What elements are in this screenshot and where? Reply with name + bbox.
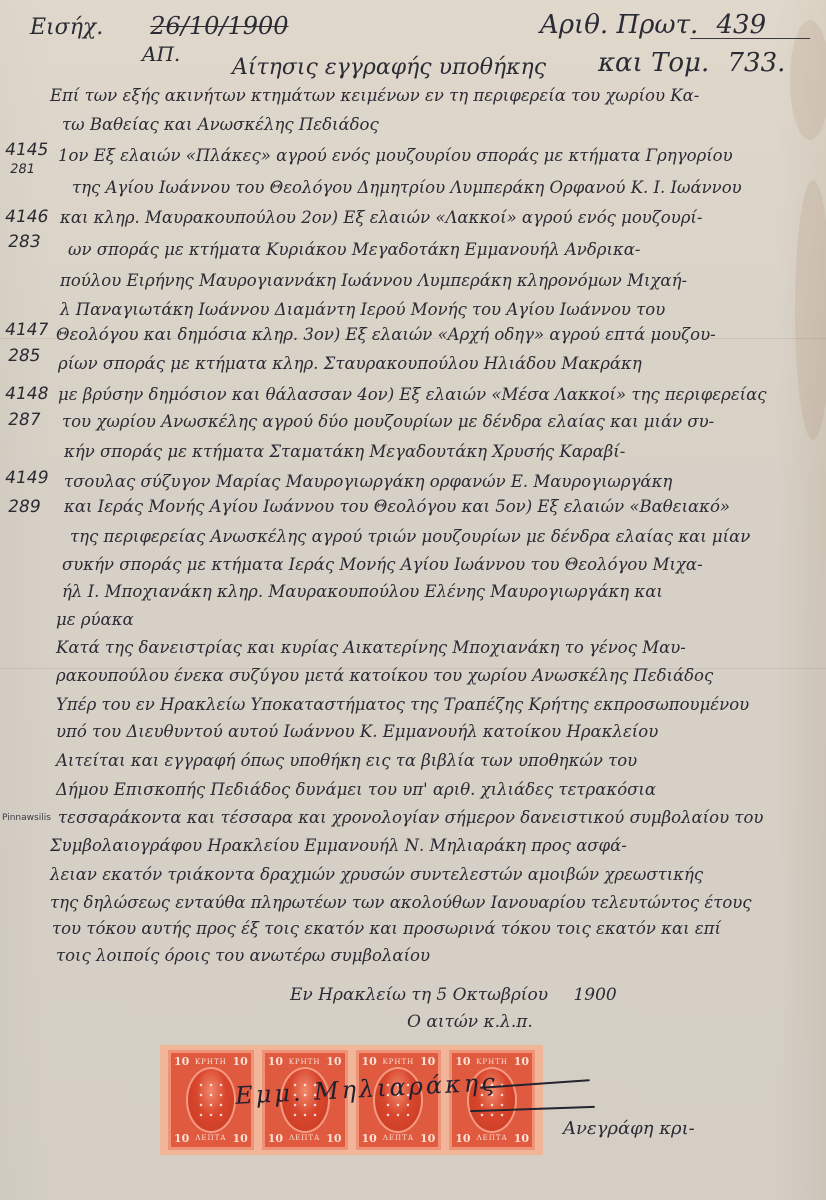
body-line: και Ιεράς Μονής Αγίου Ιωάννου του Θεολόγ… [64,497,730,516]
body-line: του τόκου αυτής προς έξ τοις εκατόν και … [52,919,721,938]
paper-stain [795,180,826,440]
registry-mark: ΑΠ. [142,42,180,66]
body-line: 1ον Εξ ελαιών «Πλάκες» αγρού ενός μουζου… [58,146,733,165]
body-line: τω Βαθείας και Ανωσκέλης Πεδιάδος [62,115,379,134]
volume-value: 733. [728,48,786,78]
revenue-stamp: 10 10 10 10 ΚΡΗΤΗ ΛΕΠΤΑ [449,1050,535,1150]
body-line: με βρύσην δημόσιον και θάλασσαν 4ον) Εξ … [58,385,767,404]
body-line: της περιφερείας Ανωσκέλης αγρού τριών μο… [70,527,750,546]
body-line: τοις λοιποίς όροις του ανωτέρω συμβολαίο… [56,946,430,965]
protocol-value: 439 [717,10,767,40]
stamp-country: ΚΡΗΤΗ [359,1058,439,1066]
margin-annotation: Pinnawsilis [2,813,51,823]
body-line: ων σποράς με κτήματα Κυριάκου Μεγαδοτάκη… [68,240,640,259]
place-date-year: 1900 [573,985,616,1005]
body-line: της δηλώσεως ενταύθα πληρωτέων των ακολο… [50,893,752,912]
protocol-number: Αριθ. Πρωτ. 439 [540,10,766,40]
entry-date: 26/10/1900 [150,12,288,40]
margin-entry-subnumber: 285 [6,346,42,366]
body-line: με ρύακα [56,610,134,629]
margin-entry-number: 4145 [3,140,50,160]
body-line: λειαν εκατόν τριάκοντα δραχμών χρυσών συ… [50,865,703,884]
body-line: κήν σποράς με κτήματα Σταματάκη Μεγαδουτ… [64,442,625,461]
stamp-denomination: ΛΕΠΤΑ [359,1134,439,1142]
header-underline [690,38,810,39]
body-line: Υπέρ του εν Ηρακλείω Υποκαταστήματος της… [56,695,749,714]
margin-entry-number: 4149 [3,468,50,488]
registration-note: Ανεγράφη κρι- [563,1118,695,1139]
entry-stamp: Εισήχ. 26/10/1900 [30,12,289,40]
body-line: υπό του Διευθυντού αυτού Ιωάννου Κ. Εμμα… [56,722,658,741]
body-line: λ Παναγιωτάκη Ιωάννου Διαμάντη Ιερού Μον… [60,300,665,319]
stamp-perforation-pattern [196,1080,226,1120]
margin-entry-number: 4148 [3,384,50,404]
body-line: Αιτείται και εγγραφή όπως υποθήκη εις τα… [56,751,637,770]
closing-formula: Ο αιτών κ.λ.π. [407,1012,533,1032]
body-line: πούλου Ειρήνης Μαυρογιαννάκη Ιωάννου Λυμ… [60,271,687,290]
margin-entry-subnumber: 289 [6,497,42,517]
protocol-label: Αριθ. Πρωτ. [540,10,698,40]
body-line: του χωρίου Ανωσκέλης αγρού δύο μουζουρίω… [62,412,714,431]
body-line: ρίων σποράς με κτήματα κληρ. Σταυρακουπο… [58,354,642,373]
volume-label: και Τομ. [598,48,709,78]
stamp-country: ΚΡΗΤΗ [265,1058,345,1066]
body-line: της Αγίου Ιωάννου του Θεολόγου Δημητρίου… [72,178,742,197]
document-title: Αίτησις εγγραφής υποθήκης [232,55,546,80]
margin-entry-subnumber: 283 [6,232,42,252]
stamp-denomination: ΛΕΠΤΑ [452,1134,532,1142]
body-line: ρακουπούλου ένεκα συζύγου μετά κατοίκου … [56,666,713,685]
body-line: ήλ Ι. Μποχιανάκη κληρ. Μαυρακουπούλου Ελ… [62,582,663,601]
stamp-country: ΚΡΗΤΗ [452,1058,532,1066]
margin-entry-number: 4146 [3,207,50,227]
body-line: Κατά της δανειστρίας και κυρίας Αικατερί… [56,638,686,657]
stamp-denomination: ΛΕΠΤΑ [171,1134,251,1142]
place-date-text: Εν Ηρακλείω τη 5 Οκτωβρίου [290,985,548,1005]
margin-entry-subnumber: 281 [9,162,36,177]
body-line: και κληρ. Μαυρακουπούλου 2ον) Εξ ελαιών … [60,208,702,227]
body-line: Συμβολαιογράφου Ηρακλείου Εμμανουήλ Ν. Μ… [50,836,627,855]
entry-label: Εισήχ. [30,15,103,40]
margin-entry-number: 4147 [3,320,50,340]
place-and-date: Εν Ηρακλείω τη 5 Οκτωβρίου 1900 [290,985,617,1005]
body-line: συκήν σποράς με κτήματα Ιεράς Μονής Αγίο… [62,555,703,574]
margin-entry-subnumber: 287 [6,410,42,430]
body-line: Δήμου Επισκοπής Πεδιάδος δυνάμει του υπ'… [56,780,656,799]
body-line: Θεολόγου και δημόσια κληρ. 3ον) Εξ ελαιώ… [56,325,716,344]
volume-number: και Τομ. 733. [598,48,785,78]
body-line: τεσσαράκοντα και τέσσαρα και χρονολογίαν… [58,808,763,827]
scanned-document-page: Εισήχ. 26/10/1900 ΑΠ. Αριθ. Πρωτ. 439 κα… [0,0,826,1200]
stamp-country: ΚΡΗΤΗ [171,1058,251,1066]
body-line: τσουλας σύζυγον Μαρίας Μαυρογιωργάκη ορφ… [64,472,672,491]
stamp-denomination: ΛΕΠΤΑ [265,1134,345,1142]
body-line: Επί των εξής ακινήτων κτημάτων κειμένων … [50,86,699,105]
